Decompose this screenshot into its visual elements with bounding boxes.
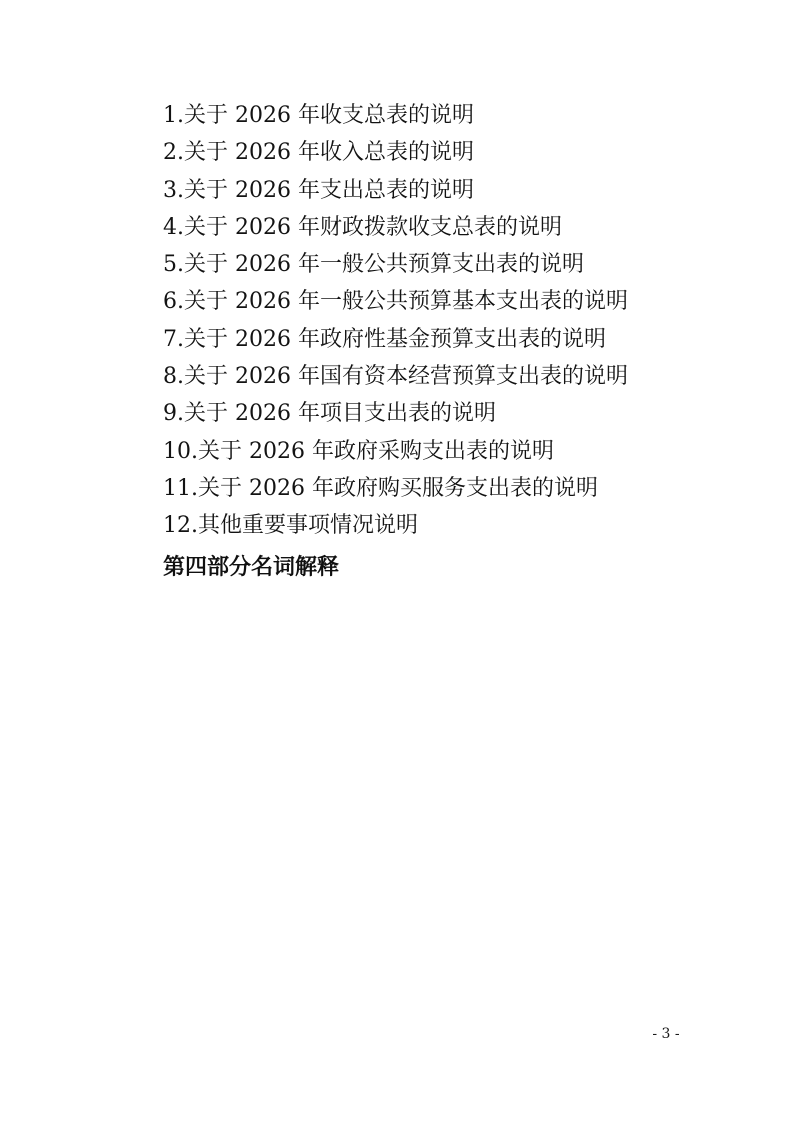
- section-heading: 第四部分名词解释: [163, 551, 339, 585]
- toc-item: 6.关于 2026 年一般公共预算基本支出表的说明: [163, 283, 693, 320]
- toc-item: 1.关于 2026 年收支总表的说明: [163, 97, 693, 134]
- toc-list: 1.关于 2026 年收支总表的说明 2.关于 2026 年收入总表的说明 3.…: [163, 97, 693, 545]
- toc-item: 2.关于 2026 年收入总表的说明: [163, 134, 693, 171]
- toc-item: 9.关于 2026 年项目支出表的说明: [163, 395, 693, 432]
- toc-item: 10.关于 2026 年政府采购支出表的说明: [163, 433, 693, 470]
- toc-item: 7.关于 2026 年政府性基金预算支出表的说明: [163, 321, 693, 358]
- page-number: - 3 -: [626, 1025, 706, 1043]
- toc-item: 3.关于 2026 年支出总表的说明: [163, 172, 693, 209]
- toc-item: 5.关于 2026 年一般公共预算支出表的说明: [163, 246, 693, 283]
- toc-item: 4.关于 2026 年财政拨款收支总表的说明: [163, 209, 693, 246]
- toc-item: 11.关于 2026 年政府购买服务支出表的说明: [163, 470, 693, 507]
- document-page: 1.关于 2026 年收支总表的说明 2.关于 2026 年收入总表的说明 3.…: [0, 0, 793, 1122]
- toc-item: 12.其他重要事项情况说明: [163, 507, 693, 544]
- toc-item: 8.关于 2026 年国有资本经营预算支出表的说明: [163, 358, 693, 395]
